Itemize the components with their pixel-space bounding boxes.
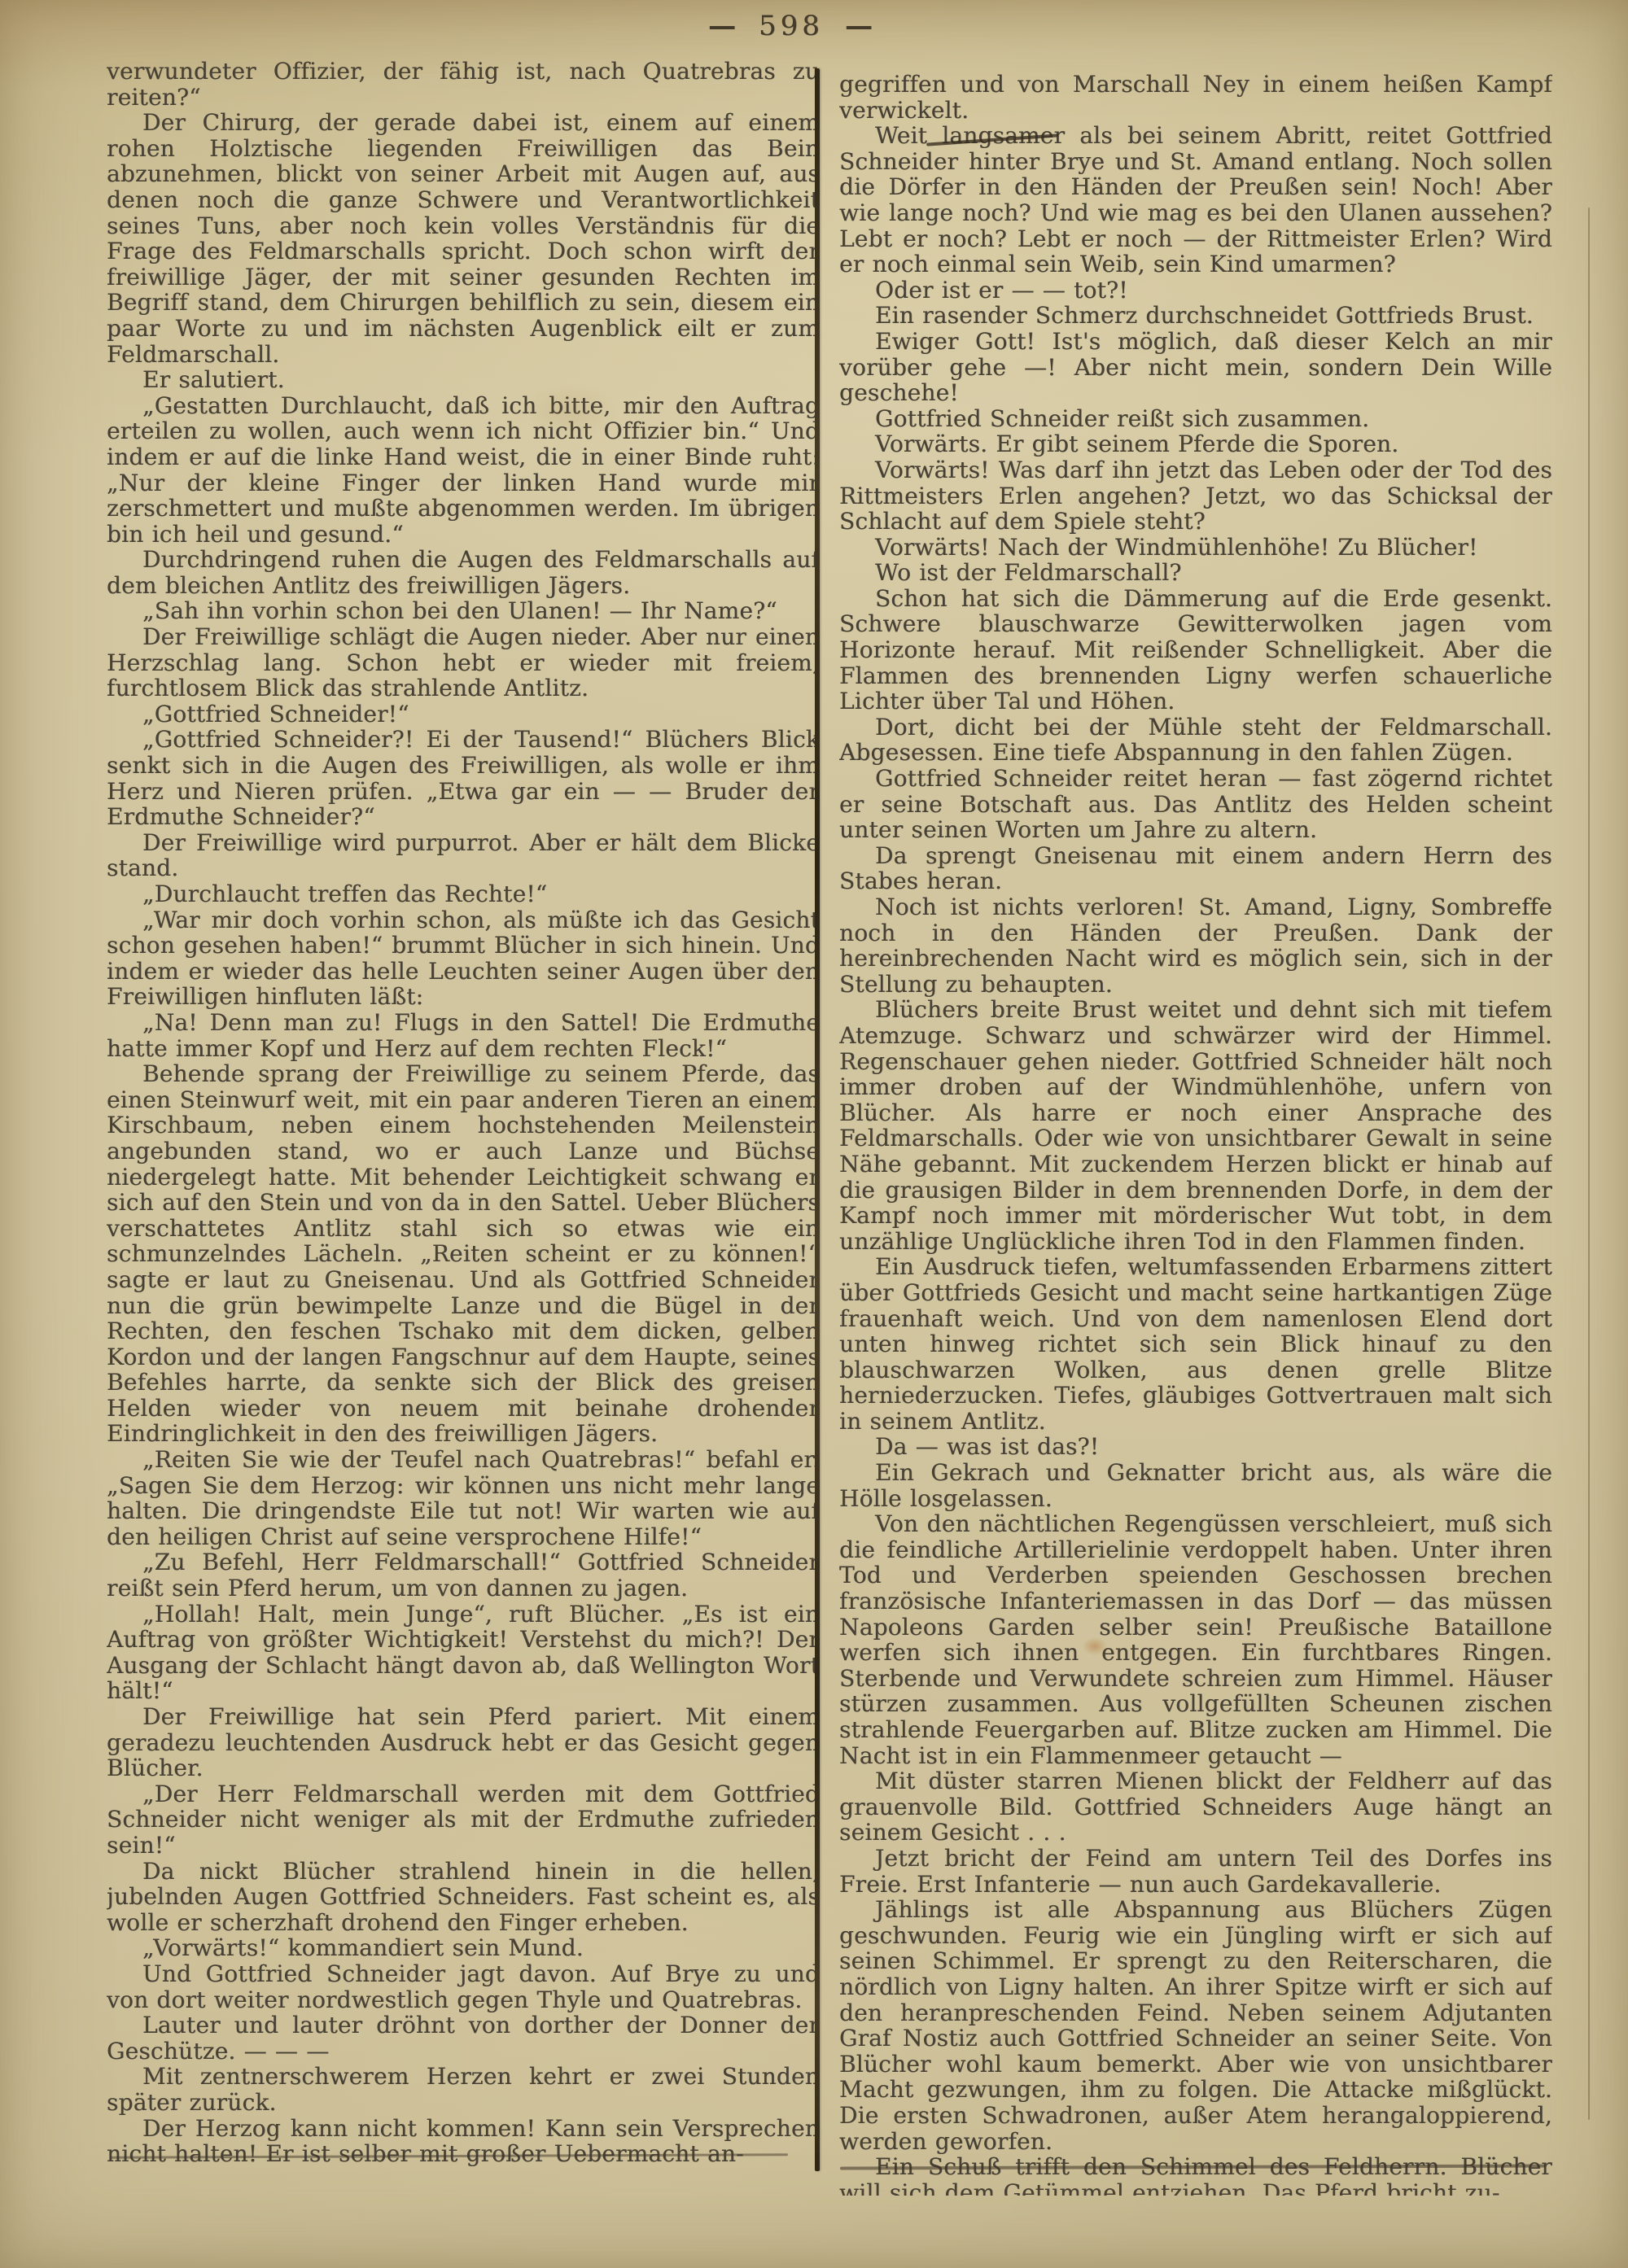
paragraph: Lauter und lauter dröhnt von dorther der… <box>107 2012 820 2064</box>
paragraph: Vorwärts. Er gibt seinem Pferde die Spor… <box>839 431 1552 457</box>
paragraph: verwundeter Offizier, der fähig ist, nac… <box>107 59 820 110</box>
paragraph: Gottfried Schneider reitet heran — fast … <box>839 766 1552 843</box>
paragraph: Behende sprang der Freiwillige zu seinem… <box>107 1061 820 1447</box>
paragraph: Vorwärts! Nach der Windmühlenhöhe! Zu Bl… <box>839 535 1552 561</box>
page-header: —598— <box>0 10 1605 42</box>
paragraph: Der Freiwillige schlägt die Augen nieder… <box>107 624 820 701</box>
paragraph: Dort, dicht bei der Mühle steht der Feld… <box>839 714 1552 766</box>
paragraph: Da nickt Blücher strahlend hinein in die… <box>107 1859 820 1936</box>
book-page: —598— verwundeter Offizier, der fähig is… <box>0 0 1628 2268</box>
paragraph: Der Chirurg, der gerade dabei ist, einem… <box>107 110 820 367</box>
paper-stain <box>521 382 619 439</box>
paragraph: Ein Ausdruck tiefen, weltumfassenden Erb… <box>839 1254 1552 1434</box>
paragraph: Jetzt bricht der Feind am untern Teil de… <box>839 1846 1552 1897</box>
paragraph: Da — was ist das?! <box>839 1434 1552 1460</box>
paragraph: Wo ist der Feldmarschall? <box>839 560 1552 586</box>
paragraph: „Sah ihn vorhin schon bei den Ulanen! — … <box>107 598 820 624</box>
paragraph: „Gottfried Schneider?! Ei der Tausend!“ … <box>107 727 820 829</box>
paper-stain <box>1083 1637 1107 1655</box>
paragraph: „Na! Denn man zu! Flugs in den Sattel! D… <box>107 1010 820 1061</box>
paragraph: „Zu Befehl, Herr Feldmarschall!“ Gottfri… <box>107 1549 820 1601</box>
paragraph: Durchdringend ruhen die Augen des Feldma… <box>107 547 820 598</box>
paragraph: Der Herzog kann nicht kommen! Kann sein … <box>107 2116 820 2167</box>
paragraph: Von den nächtlichen Regengüssen verschle… <box>839 1511 1552 1768</box>
paragraph: Gottfried Schneider reißt sich zusammen. <box>839 406 1552 432</box>
paragraph: Blüchers breite Brust weitet und dehnt s… <box>839 997 1552 1254</box>
paragraph: „War mir doch vorhin schon, als müßte ic… <box>107 907 820 1010</box>
paragraph: Oder ist er — — tot?! <box>839 277 1552 304</box>
paragraph: Der Freiwillige wird purpurrot. Aber er … <box>107 830 820 881</box>
paragraph: Mit zentnerschwerem Herzen kehrt er zwei… <box>107 2064 820 2115</box>
header-dash-right: — <box>845 10 874 42</box>
header-dash-left: — <box>708 10 737 42</box>
paragraph: Mit düster starren Mienen blickt der Fel… <box>839 1768 1552 1846</box>
paragraph: Ewiger Gott! Ist's möglich, daß dieser K… <box>839 329 1552 406</box>
paragraph: Da sprengt Gneisenau mit einem andern He… <box>839 843 1552 894</box>
column-divider-rule <box>815 68 820 2171</box>
paragraph: gegriffen und von Marschall Ney in einem… <box>839 72 1552 123</box>
paragraph: Schon hat sich die Dämmerung auf die Erd… <box>839 586 1552 714</box>
paragraph: Ein Gekrach und Geknatter bricht aus, al… <box>839 1460 1552 1511</box>
paragraph: Ein Schuß trifft den Schimmel des Feldhe… <box>839 2154 1552 2196</box>
right-column: gegriffen und von Marschall Ney in einem… <box>839 72 1552 2196</box>
paragraph: Er salutiert. <box>107 367 820 393</box>
paragraph: „Gottfried Schneider!“ <box>107 701 820 728</box>
paragraph: Der Freiwillige hat sein Pferd pariert. … <box>107 1704 820 1781</box>
paragraph: „Reiten Sie wie der Teufel nach Quatrebr… <box>107 1447 820 1549</box>
paragraph: „Vorwärts!“ kommandiert sein Mund. <box>107 1935 820 1961</box>
paragraph: Jählings ist alle Abspannung aus Blücher… <box>839 1897 1552 2154</box>
paragraph: Und Gottfried Schneider jagt davon. Auf … <box>107 1961 820 2012</box>
paragraph: Vorwärts! Was darf ihn jetzt das Leben o… <box>839 457 1552 535</box>
paragraph: „Hollah! Halt, mein Junge“, ruft Blücher… <box>107 1602 820 1704</box>
paragraph: Weit langsamer als bei seinem Abritt, re… <box>839 123 1552 277</box>
left-column: verwundeter Offizier, der fähig ist, nac… <box>107 59 820 2183</box>
paragraph: „Gestatten Durchlaucht, daß ich bitte, m… <box>107 393 820 548</box>
paragraph: Noch ist nichts verloren! St. Amand, Lig… <box>839 894 1552 997</box>
page-edge-shadow <box>1588 208 1590 2120</box>
page-number: 598 <box>759 10 824 42</box>
paragraph: „Durchlaucht treffen das Rechte!“ <box>107 881 820 907</box>
paragraph: Ein rasender Schmerz durchschneidet Gott… <box>839 303 1552 329</box>
paragraph: „Der Herr Feldmarschall werden mit dem G… <box>107 1781 820 1859</box>
